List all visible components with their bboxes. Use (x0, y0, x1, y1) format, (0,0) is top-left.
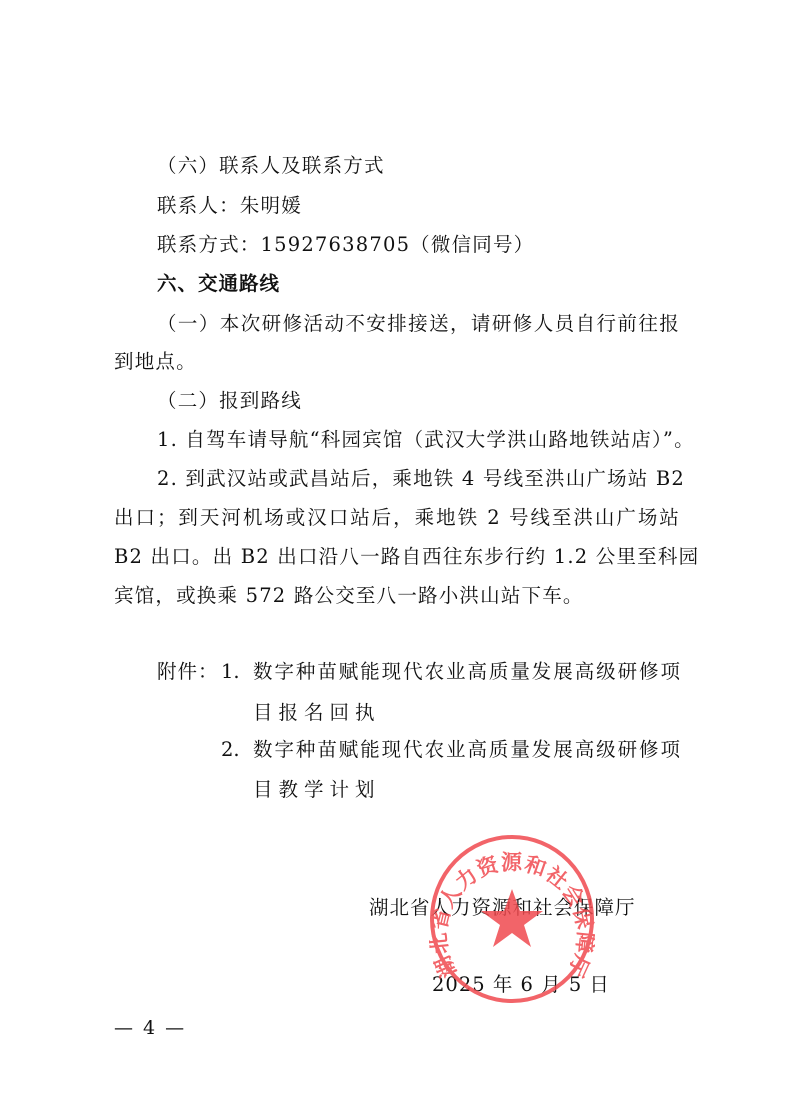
attachment-1-line2: 目报名回执 (253, 701, 680, 725)
route-2-line2: 出口；到天河机场或汉口站后，乘地铁 2 号线至洪山广场站 (114, 506, 680, 530)
transport-item1-line2: 到地点。 (114, 350, 680, 374)
attachment-1-line1: 数字种苗赋能现代农业高质量发展高级研修项 (253, 660, 680, 684)
transport-item2-title: （二）报到路线 (157, 389, 680, 413)
transport-item1-line1: （一）本次研修活动不安排接送，请研修人员自行前往报 (157, 312, 680, 336)
attachments-label: 附件： (157, 660, 219, 684)
contact-person: 联系人：朱明媛 (157, 194, 680, 218)
route-2-line4: 宾馆，或换乘 572 路公交至八一路小洪山站下车。 (114, 584, 680, 608)
transport-heading: 六、交通路线 (157, 272, 680, 296)
signature-org: 湖北省人力资源和社会保障厅 (369, 896, 636, 920)
route-1: 1. 自驾车请导航“科园宾馆（武汉大学洪山路地铁站店）”。 (157, 428, 680, 452)
signature-date: 2025 年 6 月 5 日 (432, 973, 610, 997)
attachment-2-line1: 数字种苗赋能现代农业高质量发展高级研修项 (253, 738, 680, 762)
contact-section-title: （六）联系人及联系方式 (157, 154, 680, 178)
contact-method: 联系方式：15927638705（微信同号） (157, 233, 680, 257)
route-2-line3: B2 出口。出 B2 出口沿八一路自西往东步行约 1.2 公里至科园 (114, 545, 680, 569)
page-number: — 4 — (114, 1016, 186, 1040)
route-2-line1: 2. 到武汉站或武昌站后，乘地铁 4 号线至洪山广场站 B2 (157, 467, 680, 491)
attachment-2-line2: 目教学计划 (253, 778, 680, 802)
attachment-2-number: 2. (221, 738, 240, 762)
attachment-1-number: 1. (221, 660, 240, 684)
